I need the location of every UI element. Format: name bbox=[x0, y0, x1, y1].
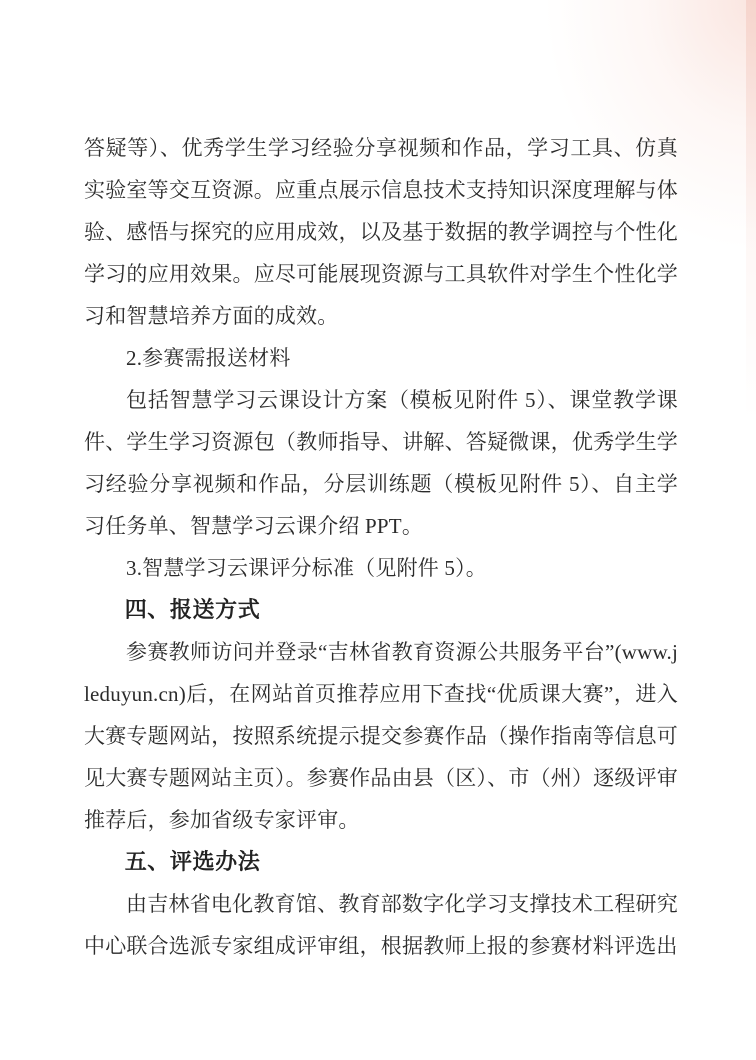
document-page: 答疑等）、优秀学生学习经验分享视频和作品，学习工具、仿真实验室等交互资源。应重点… bbox=[0, 0, 756, 1060]
section-heading-5-evaluation-method: 五、评选办法 bbox=[84, 841, 678, 883]
paragraph-submission-instructions: 参赛教师访问并登录“吉林省教育资源公共服务平台”(www.jleduyun.cn… bbox=[84, 631, 678, 841]
paragraph-materials-list: 包括智慧学习云课设计方案（模板见附件 5）、课堂教学课件、学生学习资源包（教师指… bbox=[84, 379, 678, 547]
numbered-item-2-materials: 2.参赛需报送材料 bbox=[84, 337, 678, 379]
paragraph-resources-continuation: 答疑等）、优秀学生学习经验分享视频和作品，学习工具、仿真实验室等交互资源。应重点… bbox=[84, 127, 678, 337]
scan-edge-tint bbox=[746, 0, 756, 420]
numbered-item-3-scoring-standard: 3.智慧学习云课评分标准（见附件 5）。 bbox=[84, 547, 678, 589]
section-heading-4-submission-method: 四、报送方式 bbox=[84, 589, 678, 631]
document-text-block: 答疑等）、优秀学生学习经验分享视频和作品，学习工具、仿真实验室等交互资源。应重点… bbox=[84, 127, 678, 967]
paragraph-evaluation-committee: 由吉林省电化教育馆、教育部数字化学习支撑技术工程研究中心联合选派专家组成评审组，… bbox=[84, 883, 678, 967]
